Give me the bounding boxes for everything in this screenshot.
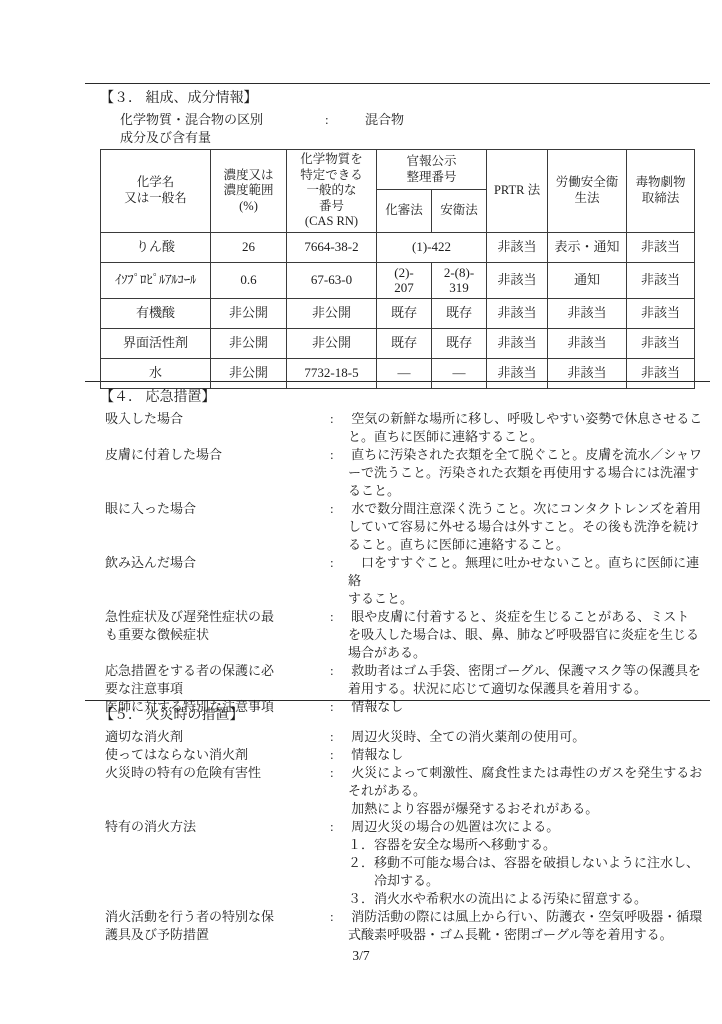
item-label: 特有の消火方法 [105, 818, 330, 908]
table-cell-poison: 非該当 [627, 298, 695, 328]
table-cell-kashinhou: (2)- 207 [377, 262, 432, 298]
colon-separator: : [330, 500, 348, 554]
table-cell-concentration: 非公開 [211, 298, 287, 328]
classification-label: 化学物質・混合物の区別 [120, 111, 325, 129]
item-text: 周辺火災の場合の処置は次による。 １．容器を安全な場所へ移動する。 ２．移動不可… [348, 818, 710, 908]
colon-separator: : [330, 764, 348, 818]
table-cell-kashinhou: ― [377, 358, 432, 388]
first-aid-item: 急性症状及び遅発性症状の最 も重要な徴候症状 : 眼や皮膚に付着すると、炎症を生… [105, 608, 710, 662]
table-cell-prtr: 非該当 [487, 298, 548, 328]
table-cell-aneihou: 2-(8)- 319 [432, 262, 487, 298]
item-text: 水で数分間注意深く洗うこと。次にコンタクトレンズを着用 していて容易に外せる場合… [348, 500, 710, 554]
item-label: 飲み込んだ場合 [105, 554, 330, 608]
table-cell-cas: 67-63-0 [287, 262, 377, 298]
fire-fighting-item: 火災時の特有の危険有害性 : 火災によって刺激性、腐食性または毒性のガスを発生す… [105, 764, 710, 818]
table-cell-prtr: 非該当 [487, 262, 548, 298]
col-header-kashinhou: 化審法 [377, 190, 432, 232]
table-cell-poison: 非該当 [627, 262, 695, 298]
table-cell-cas: 7732-18-5 [287, 358, 377, 388]
colon-separator: : [330, 446, 348, 500]
table-row: りん酸 26 7664-38-2 (1)-422 非該当 表示・通知 非該当 [101, 232, 695, 262]
section-composition: 【３． 組成、成分情報】 化学物質・混合物の区別 : 混合物 成分及び含有量 化… [85, 90, 710, 389]
colon-separator: : [330, 410, 348, 446]
table-row: ｲｿﾌﾟﾛﾋﾟﾙｱﾙｺｰﾙ 0.6 67-63-0 (2)- 207 2-(8)… [101, 262, 695, 298]
table-cell-aneihou: 既存 [432, 298, 487, 328]
table-row: 界面活性剤 非公開 非公開 既存 既存 非該当 非該当 非該当 [101, 328, 695, 358]
item-text: 眼や皮膚に付着すると、炎症を生じることがある、ミスト を吸入した場合は、眼、鼻、… [348, 608, 710, 662]
table-cell-prtr: 非該当 [487, 232, 548, 262]
table-cell-ishl: 非該当 [548, 298, 627, 328]
first-aid-item: 応急措置をする者の保護に必 要な注意事項 : 救助者はゴム手袋、密閉ゴーグル、保… [105, 662, 710, 698]
colon-separator: : [330, 662, 348, 698]
col-header-chemical-name: 化学名 又は一般名 [101, 150, 211, 233]
item-label: 応急措置をする者の保護に必 要な注意事項 [105, 662, 330, 698]
first-aid-item: 飲み込んだ場合 : 口をすすぐこと。無理に吐かせないこと。直ちに医師に連絡 する… [105, 554, 710, 608]
item-label: 消火活動を行う者の特別な保 護具及び予防措置 [105, 908, 330, 944]
fire-fighting-item: 特有の消火方法 : 周辺火災の場合の処置は次による。 １．容器を安全な場所へ移動… [105, 818, 710, 908]
col-header-ishl-law: 労働安全衛 生法 [548, 150, 627, 233]
item-text: 口をすすぐこと。無理に吐かせないこと。直ちに医師に連絡 すること。 [348, 554, 710, 608]
table-row: 有機酸 非公開 非公開 既存 既存 非該当 非該当 非該当 [101, 298, 695, 328]
col-header-prtr-law: PRTR 法 [487, 150, 548, 233]
table-cell-kashinhou: 既存 [377, 298, 432, 328]
table-cell-poison: 非該当 [627, 358, 695, 388]
table-cell-gazette: (1)-422 [377, 232, 487, 262]
table-cell-prtr: 非該当 [487, 358, 548, 388]
item-label: 適切な消火剤 [105, 728, 330, 746]
table-cell-prtr: 非該当 [487, 328, 548, 358]
table-cell-poison: 非該当 [627, 232, 695, 262]
colon-separator: : [330, 608, 348, 662]
colon-separator: : [330, 554, 348, 608]
colon-separator: : [330, 818, 348, 908]
col-header-aneihou: 安衛法 [432, 190, 487, 232]
first-aid-item: 吸入した場合 : 空気の新鮮な場所に移し、呼吸しやすい姿勢で休息させるこ と。直… [105, 410, 710, 446]
fire-fighting-item: 適切な消火剤 : 周辺火災時、全ての消火薬剤の使用可。 [105, 728, 710, 746]
composition-subtitle: 成分及び含有量 [120, 129, 710, 147]
section-fire-fighting: 【５． 火災時の措置】 適切な消火剤 : 周辺火災時、全ての消火薬剤の使用可。 … [85, 707, 710, 944]
table-cell-concentration: 非公開 [211, 328, 287, 358]
first-aid-item: 眼に入った場合 : 水で数分間注意深く洗うこと。次にコンタクトレンズを着用 して… [105, 500, 710, 554]
table-cell-cas: 非公開 [287, 328, 377, 358]
section-first-aid: 【４． 応急措置】 吸入した場合 : 空気の新鮮な場所に移し、呼吸しやすい姿勢で… [85, 389, 710, 716]
table-cell-concentration: 0.6 [211, 262, 287, 298]
table-row: 水 非公開 7732-18-5 ― ― 非該当 非該当 非該当 [101, 358, 695, 388]
item-label: 急性症状及び遅発性症状の最 も重要な徴候症状 [105, 608, 330, 662]
document-page: 【３． 組成、成分情報】 化学物質・混合物の区別 : 混合物 成分及び含有量 化… [0, 0, 722, 1024]
table-header-row: 化学名 又は一般名 濃度又は 濃度範囲 (%) 化学物質を 特定できる 一般的な… [101, 150, 695, 190]
item-text: 救助者はゴム手袋、密閉ゴーグル、保護マスク等の保護具を 着用する。状況に応じて適… [348, 662, 710, 698]
item-text: 直ちに汚染された衣類を全て脱ぐこと。皮膚を流水／シャワ ーで洗うこと。汚染された… [348, 446, 710, 500]
col-header-cas-number: 化学物質を 特定できる 一般的な 番号 (CAS RN) [287, 150, 377, 233]
item-text: 火災によって刺激性、腐食性または毒性のガスを発生するお それがある。 加熱により… [348, 764, 710, 818]
table-cell-kashinhou: 既存 [377, 328, 432, 358]
section-divider [85, 83, 710, 84]
col-header-gazette-number: 官報公示 整理番号 [377, 150, 487, 190]
section4-heading: 【４． 応急措置】 [100, 389, 710, 406]
table-cell-concentration: 非公開 [211, 358, 287, 388]
item-label: 眼に入った場合 [105, 500, 330, 554]
section5-heading: 【５． 火災時の措置】 [100, 707, 710, 724]
first-aid-item: 皮膚に付着した場合 : 直ちに汚染された衣類を全て脱ぐこと。皮膚を流水／シャワ … [105, 446, 710, 500]
table-cell-name: りん酸 [101, 232, 211, 262]
item-text: 情報なし [348, 746, 710, 764]
table-cell-poison: 非該当 [627, 328, 695, 358]
colon-separator: : [325, 111, 355, 129]
table-cell-name: 有機酸 [101, 298, 211, 328]
table-cell-name: ｲｿﾌﾟﾛﾋﾟﾙｱﾙｺｰﾙ [101, 262, 211, 298]
page-number: 3/7 [0, 948, 722, 964]
item-text: 周辺火災時、全ての消火薬剤の使用可。 [348, 728, 710, 746]
classification-value: 混合物 [355, 111, 710, 129]
item-label: 火災時の特有の危険有害性 [105, 764, 330, 818]
fire-fighting-item: 使ってはならない消火剤 : 情報なし [105, 746, 710, 764]
section3-heading: 【３． 組成、成分情報】 [100, 90, 710, 107]
item-text: 空気の新鮮な場所に移し、呼吸しやすい姿勢で休息させるこ と。直ちに医師に連絡する… [348, 410, 710, 446]
table-cell-ishl: 通知 [548, 262, 627, 298]
composition-table: 化学名 又は一般名 濃度又は 濃度範囲 (%) 化学物質を 特定できる 一般的な… [100, 149, 695, 389]
table-cell-aneihou: ― [432, 358, 487, 388]
item-text: 消防活動の際には風上から行い、防護衣・空気呼吸器・循環 式酸素呼吸器・ゴム長靴・… [348, 908, 710, 944]
col-header-poison-law: 毒物劇物 取締法 [627, 150, 695, 233]
table-cell-name: 界面活性剤 [101, 328, 211, 358]
item-label: 使ってはならない消火剤 [105, 746, 330, 764]
table-cell-name: 水 [101, 358, 211, 388]
col-header-concentration: 濃度又は 濃度範囲 (%) [211, 150, 287, 233]
item-label: 吸入した場合 [105, 410, 330, 446]
colon-separator: : [330, 746, 348, 764]
table-cell-aneihou: 既存 [432, 328, 487, 358]
table-cell-ishl: 表示・通知 [548, 232, 627, 262]
table-cell-concentration: 26 [211, 232, 287, 262]
table-cell-cas: 非公開 [287, 298, 377, 328]
table-cell-cas: 7664-38-2 [287, 232, 377, 262]
colon-separator: : [330, 728, 348, 746]
item-label: 皮膚に付着した場合 [105, 446, 330, 500]
table-cell-ishl: 非該当 [548, 328, 627, 358]
table-cell-ishl: 非該当 [548, 358, 627, 388]
classification-row: 化学物質・混合物の区別 : 混合物 [120, 111, 710, 129]
colon-separator: : [330, 908, 348, 944]
fire-fighting-item: 消火活動を行う者の特別な保 護具及び予防措置 : 消防活動の際には風上から行い、… [105, 908, 710, 944]
